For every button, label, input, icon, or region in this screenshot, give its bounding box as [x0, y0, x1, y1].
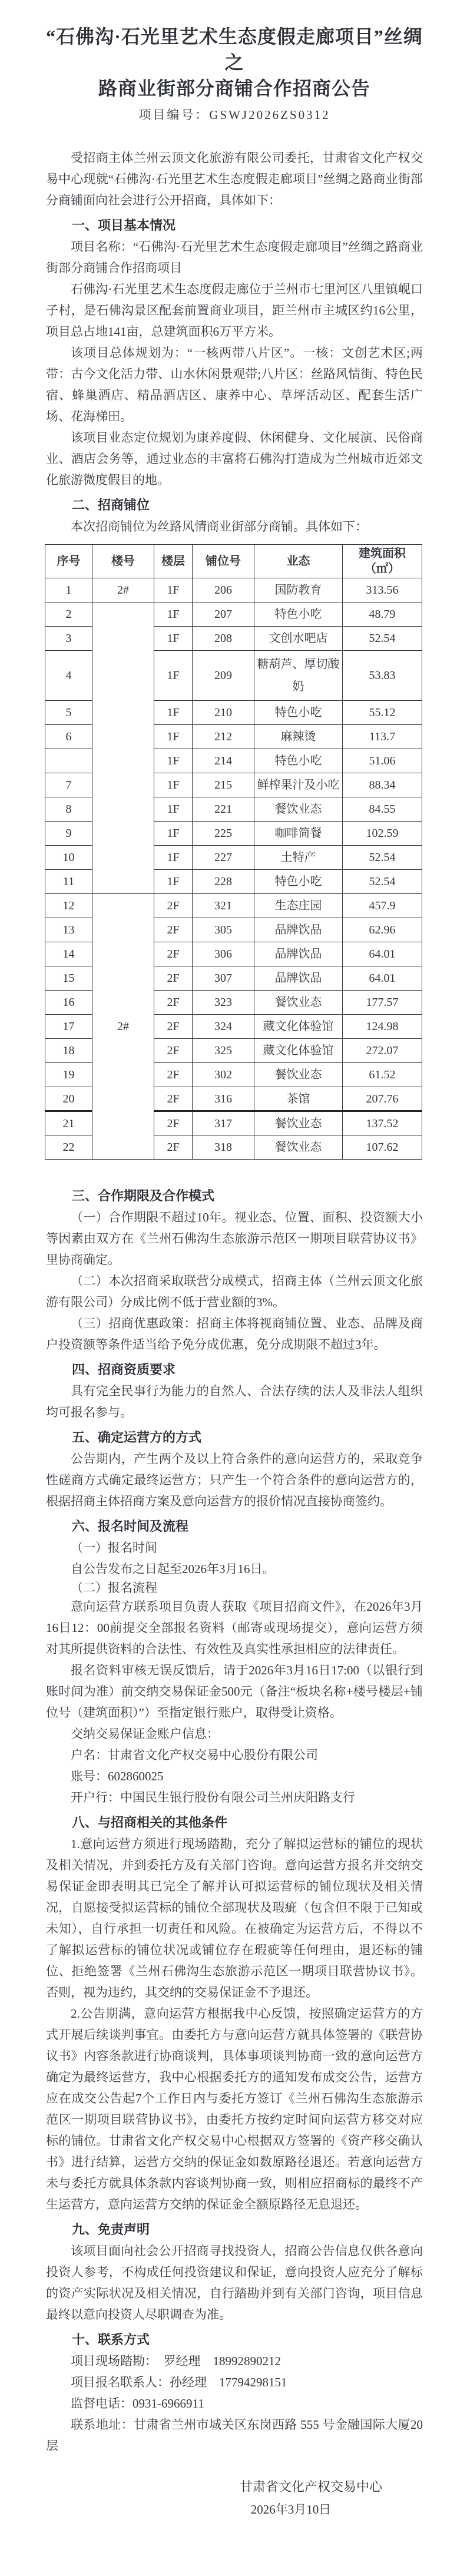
table-cell: 糖葫芦、厚切酸奶: [254, 651, 343, 701]
info-line: 自公告发布之日起至2026年3月16日。: [46, 1558, 423, 1580]
table-cell: 1: [45, 578, 92, 602]
table-cell: 生态庄园: [254, 894, 343, 918]
table-cell: 14: [45, 942, 92, 966]
table-cell: 2#: [92, 578, 154, 602]
table-header-cell: 建筑面积（㎡）: [343, 545, 422, 578]
section-heading: 八、与招商相关的其他条件: [46, 1812, 423, 1833]
table-cell: 2F: [154, 1111, 193, 1135]
signature-block: 甘肃省文化产权交易中心 2026年3月10日: [196, 2475, 426, 2520]
table-cell: 2F: [154, 918, 193, 942]
table-cell: 64.01: [343, 942, 422, 966]
table-cell: 特色小吃: [254, 870, 343, 894]
table-cell: 1F: [154, 651, 193, 701]
table-cell: 20: [45, 1087, 92, 1111]
table-cell: 餐饮业态: [254, 991, 343, 1015]
table-cell: 2F: [154, 1135, 193, 1160]
table-cell: 餐饮业态: [254, 797, 343, 822]
table-cell: 8: [45, 797, 92, 822]
table-header-cell: 楼层: [154, 545, 193, 578]
document-title-line2: 路商业街部分商铺合作招商公告: [98, 78, 370, 99]
table-cell: 餐饮业态: [254, 1111, 343, 1135]
table-cell: 品牌饮品: [254, 966, 343, 991]
paragraph: 报名资料审核无误反馈后，请于2026年3月16日17:00（以银行到账时间为准）…: [46, 1660, 423, 1723]
shop-table: 序号楼号楼层铺位号业态建筑面积（㎡）12#1F206国防教育313.5621F2…: [45, 544, 422, 1160]
table-cell: 210: [193, 701, 254, 725]
info-line: 项目报名联系人：孙经理 17794298151: [46, 2372, 423, 2393]
paragraph: 联系地址：甘肃省兰州市城关区东岗西路 555 号金融国际大厦20层: [46, 2414, 423, 2456]
sub-heading: （二）报名流程: [46, 1580, 423, 1596]
section-heading: 五、确定运营方的方式: [46, 1427, 423, 1448]
info-line: 交纳交易保证金账户信息：: [46, 1723, 423, 1744]
table-cell: 61.52: [343, 1063, 422, 1087]
table-cell: 177.57: [343, 991, 422, 1015]
table-cell: 305: [193, 918, 254, 942]
paragraph: 本次招商铺位为丝路风情商业街部分商铺。具体如下：: [46, 516, 423, 537]
issuing-organization: 甘肃省文化产权交易中心: [196, 2475, 426, 2499]
table-cell: 64.01: [343, 966, 422, 991]
info-line: 监督电话：0931-6966911: [46, 2393, 423, 2414]
section-heading: 六、报名时间及流程: [46, 1516, 423, 1537]
paragraph: 意向运营方联系项目负责人获取《项目招商文件》，在2026年3月16日12：00前…: [46, 1596, 423, 1660]
table-cell: 2F: [154, 991, 193, 1015]
table-cell: 84.55: [343, 797, 422, 822]
table-cell: 227: [193, 846, 254, 870]
table-cell: 1F: [154, 797, 193, 822]
table-cell: 55.12: [343, 701, 422, 725]
paragraph: （一）合作期限不超过10年。视业态、位置、面积、投资额大小等因素由双方在《兰州石…: [46, 1207, 423, 1270]
paragraph: （三）招商优惠政策：招商主体将视商铺位置、业态、品牌及商户投资额等条件适当给予免…: [46, 1313, 423, 1355]
table-cell: 19: [45, 1063, 92, 1087]
paragraph: 具有完全民事行为能力的自然人、合法存续的法人及非法人组织均可报名参与。: [46, 1380, 423, 1423]
table-cell: 48.79: [343, 602, 422, 627]
document-body: 受招商主体兰州云顶文化旅游有限公司委托，甘肃省文化产权交易中心现就“石佛沟·石光…: [46, 147, 423, 2456]
table-cell: 325: [193, 1039, 254, 1063]
table-cell: 4: [45, 651, 92, 701]
table-cell: 124.98: [343, 1015, 422, 1039]
table-cell: 313.56: [343, 578, 422, 602]
paragraph: 该项目总体规划为：“一核两带八片区”。一核：文创艺术区;两带：古今文化活力带、山…: [46, 342, 423, 427]
table-cell: 15: [45, 966, 92, 991]
table-cell: 7: [45, 773, 92, 797]
table-cell: [92, 602, 154, 894]
table-cell: 特色小吃: [254, 701, 343, 725]
table-cell: 2F: [154, 1015, 193, 1039]
table-cell: 1F: [154, 578, 193, 602]
section-heading: 四、招商资质要求: [46, 1359, 423, 1380]
table-cell: 52.54: [343, 846, 422, 870]
table-cell: 特色小吃: [254, 602, 343, 627]
table-cell: 2F: [154, 1039, 193, 1063]
table-cell: 208: [193, 627, 254, 651]
table-cell: 21: [45, 1111, 92, 1135]
table-cell: 文创水吧店: [254, 627, 343, 651]
table-cell: 餐饮业态: [254, 1135, 343, 1160]
info-line: 账号：602860025: [46, 1766, 423, 1787]
paragraph: 该项目业态定位规划为康养度假、休闲健身、文化展演、民俗商业、酒店会务等，通过业态…: [46, 427, 423, 491]
paragraph: 公告期内，产生两个及以上符合条件的意向运营方的，采取竞争性磋商方式确定最终运营方…: [46, 1448, 423, 1512]
table-cell: 51.06: [343, 749, 422, 773]
table-cell: 1F: [154, 822, 193, 846]
table-cell: 1F: [154, 701, 193, 725]
table-cell: 215: [193, 773, 254, 797]
table-cell: 324: [193, 1015, 254, 1039]
table-cell: 2F: [154, 966, 193, 991]
announcement-document: “石佛沟·石光里艺术生态度假走廊项目”丝绸之 路商业街部分商铺合作招商公告 项目…: [0, 0, 467, 2576]
table-header-cell: 业态: [254, 545, 343, 578]
table-cell: 225: [193, 822, 254, 846]
table-cell: 1F: [154, 846, 193, 870]
table-cell: 62.96: [343, 918, 422, 942]
table-cell: 16: [45, 991, 92, 1015]
paragraph: 该项目面向社会公开招商寻找投资人，招商公告信息仅供各意向投资人参考，不构成任何投…: [46, 2240, 423, 2325]
table-header-row: 序号楼号楼层铺位号业态建筑面积（㎡）: [45, 545, 422, 578]
table-cell: 323: [193, 991, 254, 1015]
project-number: 项目编号：GSWJ2026ZS0312: [46, 106, 423, 124]
table-cell: 1F: [154, 602, 193, 627]
section-heading: 十、联系方式: [46, 2329, 423, 2350]
table-cell: 13: [45, 918, 92, 942]
table-cell: 1F: [154, 773, 193, 797]
section-heading: 一、项目基本情况: [46, 215, 423, 236]
info-line: 户名：甘肃省文化产权交易中心股份有限公司: [46, 1744, 423, 1766]
paragraph: 1.意向运营方须进行现场踏勘，充分了解拟运营标的铺位的现状及相关情况，并到委托方…: [46, 1833, 423, 2003]
table-cell: 品牌饮品: [254, 942, 343, 966]
table-row: 21F207特色小吃48.79: [45, 602, 422, 627]
paragraph: 项目名称：“石佛沟·石光里艺术生态度假走廊项目”丝绸之路商业街部分商铺合作招商项…: [46, 236, 423, 279]
paragraph: 2.公告期满，意向运营方根据我中心反馈，按照确定运营方的方式开展后续谈判事宜。由…: [46, 2003, 423, 2215]
table-cell: 2F: [154, 1087, 193, 1111]
table-cell: 茶馆: [254, 1087, 343, 1111]
table-cell: 1F: [154, 749, 193, 773]
table-cell: 88.34: [343, 773, 422, 797]
document-title-line1: “石佛沟·石光里艺术生态度假走廊项目”丝绸之: [46, 26, 423, 73]
sub-heading: （一）报名时间: [46, 1537, 423, 1558]
issue-date: 2026年3月10日: [176, 2499, 406, 2520]
table-cell: 12: [45, 894, 92, 918]
table-cell: 藏文化体验馆: [254, 1039, 343, 1063]
table-cell: 11: [45, 870, 92, 894]
table-cell: 9: [45, 822, 92, 846]
table-cell: 麻辣烫: [254, 725, 343, 749]
table-cell: 102.59: [343, 822, 422, 846]
table-cell: 306: [193, 942, 254, 966]
table-cell: 2F: [154, 1063, 193, 1087]
table-cell: 2F: [154, 942, 193, 966]
table-cell: 鲜榨果汁及小吃: [254, 773, 343, 797]
table-cell: 2F: [154, 894, 193, 918]
table-cell: 17: [45, 1015, 92, 1039]
paragraph: （二）本次招商采取联营分成模式，招商主体（兰州云顶文化旅游有限公司）分成比例不低…: [46, 1270, 423, 1313]
table-cell: 302: [193, 1063, 254, 1087]
table-cell: 3: [45, 627, 92, 651]
table-cell: 6: [45, 725, 92, 749]
table-cell: 272.07: [343, 1039, 422, 1063]
table-cell: 1F: [154, 870, 193, 894]
table-cell: 317: [193, 1111, 254, 1135]
table-cell: 国防教育: [254, 578, 343, 602]
table-cell: 318: [193, 1135, 254, 1160]
table-cell: 137.52: [343, 1111, 422, 1135]
table-cell: 221: [193, 797, 254, 822]
table-cell: 207.76: [343, 1087, 422, 1111]
table-cell: 52.54: [343, 627, 422, 651]
table-cell: 22: [45, 1135, 92, 1160]
document-title: “石佛沟·石光里艺术生态度假走廊项目”丝绸之 路商业街部分商铺合作招商公告: [46, 24, 423, 101]
table-cell: 特色小吃: [254, 749, 343, 773]
table-header-cell: 楼号: [92, 545, 154, 578]
table-cell: 113.7: [343, 725, 422, 749]
table-cell: 1F: [154, 725, 193, 749]
table-cell: 18: [45, 1039, 92, 1063]
table-cell: 品牌饮品: [254, 918, 343, 942]
table-cell: 藏文化体验馆: [254, 1015, 343, 1039]
table-row: 12#1F206国防教育313.56: [45, 578, 422, 602]
paragraph: 石佛沟·石光里艺术生态度假走廊位于兰州市七里河区八里镇岘口子村，是石佛沟景区配套…: [46, 279, 423, 342]
paragraph: 受招商主体兰州云顶文化旅游有限公司委托，甘肃省文化产权交易中心现就“石佛沟·石光…: [46, 147, 423, 211]
table-row: 122#2F321生态庄园457.9: [45, 894, 422, 918]
table-cell: 餐饮业态: [254, 1063, 343, 1087]
table-cell: 107.62: [343, 1135, 422, 1160]
table-cell: 316: [193, 1087, 254, 1111]
table-cell: 5: [45, 701, 92, 725]
info-line: 项目现场踏勘： 罗经理 18992890212: [46, 2350, 423, 2372]
table-cell: 2: [45, 602, 92, 627]
table-cell: 1F: [154, 627, 193, 651]
table-cell: 228: [193, 870, 254, 894]
table-cell: 207: [193, 602, 254, 627]
table-header-cell: 序号: [45, 545, 92, 578]
table-cell: 214: [193, 749, 254, 773]
table-cell: 321: [193, 894, 254, 918]
section-heading: 三、合作期限及合作模式: [46, 1186, 423, 1207]
table-cell: [45, 749, 92, 773]
table-cell: 咖啡简餐: [254, 822, 343, 846]
info-line: 开户行：中国民生银行股份有限公司兰州庆阳路支行: [46, 1787, 423, 1808]
table-cell: 209: [193, 651, 254, 701]
table-cell: 土特产: [254, 846, 343, 870]
table-cell: 307: [193, 966, 254, 991]
section-heading: 九、免责声明: [46, 2219, 423, 2240]
table-cell: 10: [45, 846, 92, 870]
table-cell: 53.83: [343, 651, 422, 701]
section-heading: 二、招商铺位: [46, 495, 423, 516]
table-cell: 457.9: [343, 894, 422, 918]
table-cell: 2#: [92, 894, 154, 1160]
table-cell: 212: [193, 725, 254, 749]
table-cell: 52.54: [343, 870, 422, 894]
table-cell: 206: [193, 578, 254, 602]
table-header-cell: 铺位号: [193, 545, 254, 578]
